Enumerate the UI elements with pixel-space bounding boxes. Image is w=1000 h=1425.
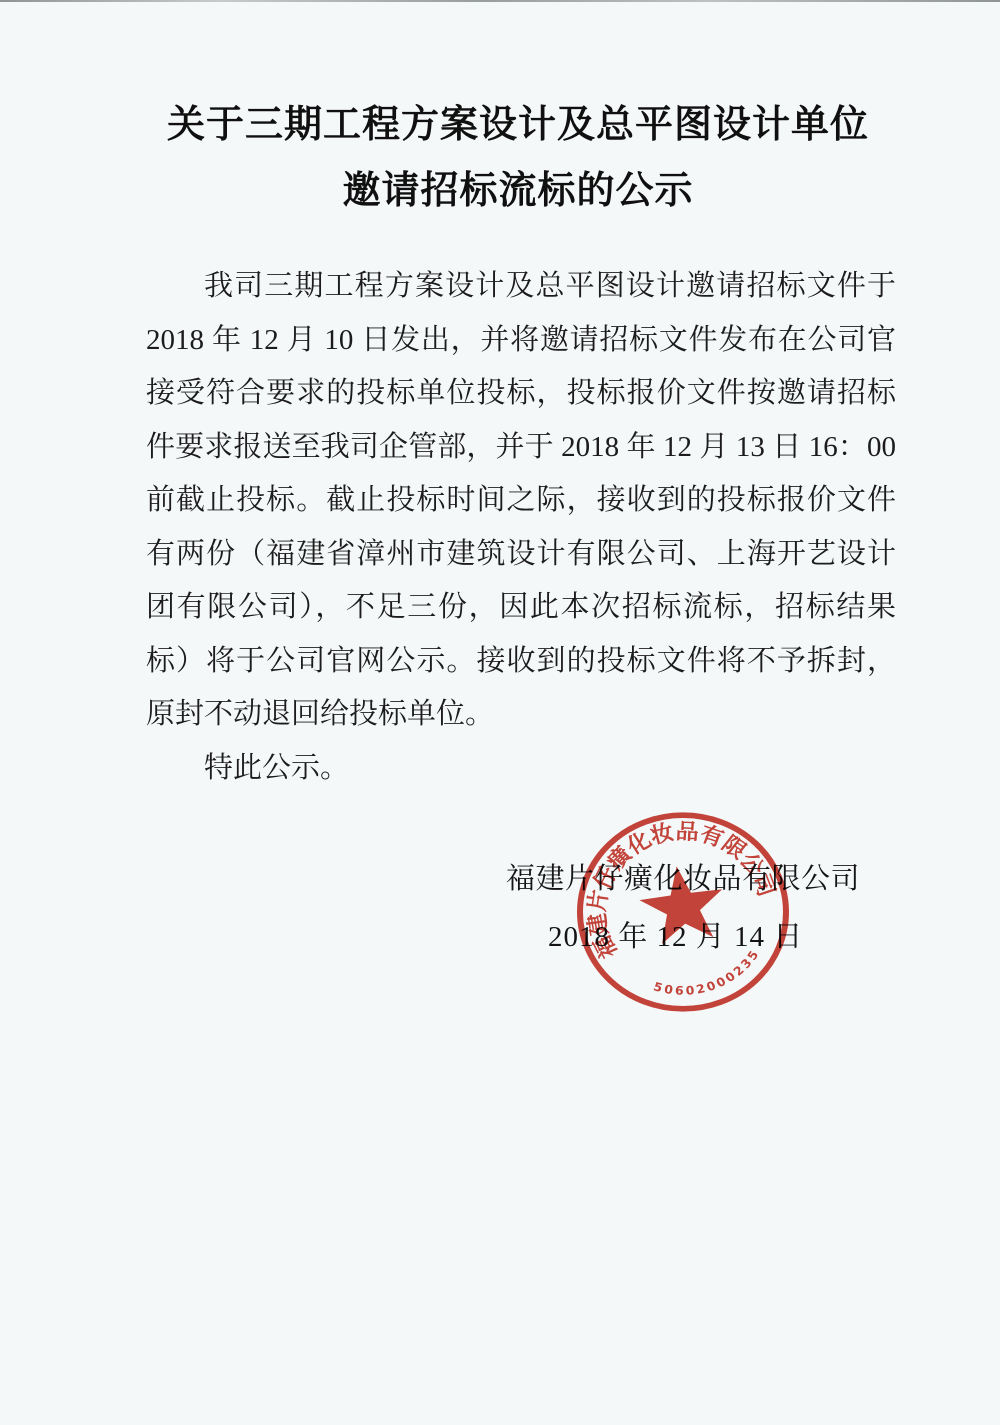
document-title: 关于三期工程方案设计及总平图设计单位 邀请招标流标的公示 bbox=[18, 92, 1000, 224]
document-title-line-2: 邀请招标流标的公示 bbox=[18, 158, 1000, 224]
signature-company-name: 福建片仔癀化妆品有限公司 bbox=[506, 856, 860, 897]
seal-serial-number: 3506020002355 bbox=[568, 797, 763, 998]
document-body: 我司三期工程方案设计及总平图设计邀请招标文件于2018 年 12 月 10 日发… bbox=[146, 260, 896, 795]
body-text-line: 标）将于公司官网公示。接收到的投标文件将不予拆封，并 bbox=[146, 635, 896, 689]
body-text-line: 原封不动退回给投标单位。 bbox=[146, 688, 896, 742]
scanned-document-page: 关于三期工程方案设计及总平图设计单位 邀请招标流标的公示 我司三期工程方案设计及… bbox=[0, 0, 1000, 1425]
seal-outer-ring bbox=[580, 815, 786, 1009]
body-text-line: 有两份（福建省漳州市建筑设计有限公司、上海开艺设计集 bbox=[146, 528, 896, 582]
document-title-line-1: 关于三期工程方案设计及总平图设计单位 bbox=[18, 92, 1000, 158]
body-text-line: 我司三期工程方案设计及总平图设计邀请招标文件于 bbox=[146, 260, 896, 314]
body-text-line: 件要求报送至我司企管部，并于 2018 年 12 月 13 日 16：00 bbox=[146, 421, 896, 475]
seal-svg: 福建片仔癀化妆品有限公司 3506020002355 bbox=[568, 797, 798, 1027]
body-text-line: 接受符合要求的投标单位投标，投标报价文件按邀请招标文 bbox=[146, 367, 896, 421]
company-seal-stamp: 福建片仔癀化妆品有限公司 3506020002355 bbox=[568, 797, 798, 1027]
body-text-line: 特此公示。 bbox=[146, 742, 896, 796]
signature-date: 2018 年 12 月 14 日 bbox=[548, 914, 803, 955]
body-text-line: 团有限公司），不足三份，因此本次招标流标，招标结果（流 bbox=[146, 581, 896, 635]
body-text-line: 2018 年 12 月 10 日发出，并将邀请招标文件发布在公司官网， bbox=[146, 314, 896, 368]
body-text-line: 前截止投标。截止投标时间之际，接收到的投标报价文件仅 bbox=[146, 474, 896, 528]
scan-artifact-top-edge bbox=[0, 0, 1000, 2]
